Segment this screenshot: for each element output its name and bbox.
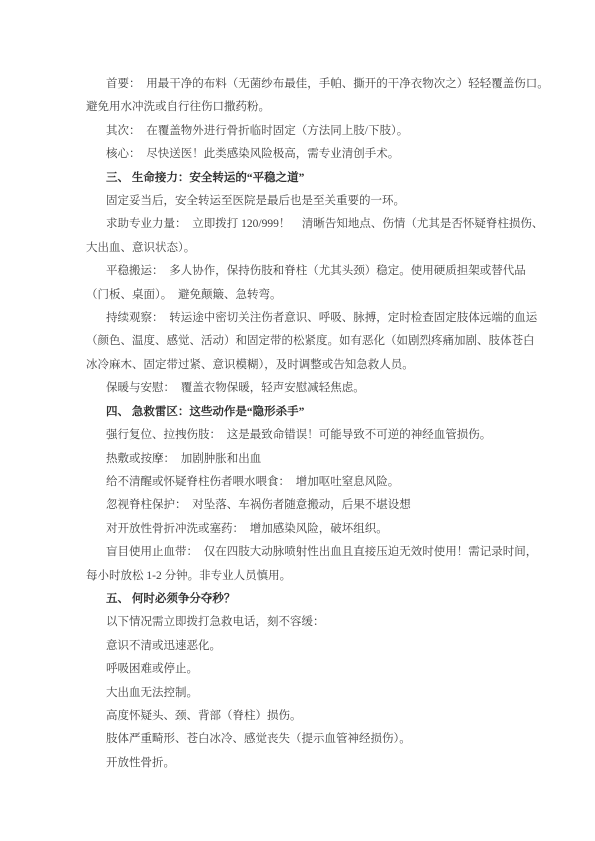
text-line: 核心： 尽快送医！此类感染风险极高，需专业清创手术。 (86, 143, 561, 166)
section-heading: 三、 生命接力：安全转运的“平稳之道” (86, 167, 561, 190)
text-line: 肢体严重畸形、苍白冰冷、感觉丧失（提示血管神经损伤）。 (86, 728, 561, 751)
text-line: 意识不清或迅速恶化。 (86, 635, 561, 658)
text-line: 求助专业力量： 立即拨打 120/999！ 清晰告知地点、伤情（尤其是否怀疑脊柱… (86, 213, 561, 236)
text-line: 强行复位、拉拽伤肢： 这是最致命错误！可能导致不可逆的神经血管损伤。 (86, 424, 561, 447)
document-body: 首要： 用最干净的布料（无菌纱布最佳，手帕、撕开的干净衣物次之）轻轻覆盖伤口。避… (86, 73, 561, 775)
text-line: 平稳搬运： 多人协作，保持伤肢和脊柱（尤其头颈）稳定。使用硬质担架或替代品 (86, 260, 561, 283)
text-line: 盲目使用止血带： 仅在四肢大动脉喷射性出血且直接压迫无效时使用！需记录时间， (86, 541, 561, 564)
text-line: 给不清醒或怀疑脊柱伤者喂水喂食： 增加呕吐窒息风险。 (86, 471, 561, 494)
document-page: 首要： 用最干净的布料（无菌纱布最佳，手帕、撕开的干净衣物次之）轻轻覆盖伤口。避… (0, 0, 595, 841)
text-line: （颜色、温度、感觉、活动）和固定带的松紧度。如有恶化（如剧烈疼痛加剧、肢体苍白 (86, 330, 561, 353)
text-line: 大出血无法控制。 (86, 682, 561, 705)
text-line: 首要： 用最干净的布料（无菌纱布最佳，手帕、撕开的干净衣物次之）轻轻覆盖伤口。 (86, 73, 561, 96)
section-heading: 五、 何时必须争分夺秒？ (86, 588, 561, 611)
text-line: 固定妥当后，安全转运至医院是最后也是至关重要的一环。 (86, 190, 561, 213)
text-line: （门板、桌面）。 避免颠簸、急转弯。 (86, 284, 561, 307)
text-line: 冰冷麻木、固定带过紧、意识模糊），及时调整或告知急救人员。 (86, 354, 561, 377)
section-heading: 四、 急救雷区：这些动作是“隐形杀手” (86, 401, 561, 424)
text-line: 呼吸困难或停止。 (86, 658, 561, 681)
text-line: 对开放性骨折冲洗或塞药： 增加感染风险，破坏组织。 (86, 518, 561, 541)
text-line: 忽视脊柱保护： 对坠落、车祸伤者随意搬动，后果不堪设想 (86, 494, 561, 517)
text-line: 大出血、意识状态）。 (86, 237, 561, 260)
text-line: 高度怀疑头、颈、背部（脊柱）损伤。 (86, 705, 561, 728)
text-line: 以下情况需立即拨打急救电话，刻不容缓： (86, 611, 561, 634)
text-line: 保暖与安慰： 覆盖衣物保暖，轻声安慰减轻焦虑。 (86, 377, 561, 400)
text-line: 热敷或按摩： 加剧肿胀和出血 (86, 448, 561, 471)
text-line: 每小时放松 1-2 分钟。非专业人员慎用。 (86, 565, 561, 588)
text-line: 持续观察： 转运途中密切关注伤者意识、呼吸、脉搏，定时检查固定肢体远端的血运 (86, 307, 561, 330)
text-line: 其次： 在覆盖物外进行骨折临时固定（方法同上肢/下肢）。 (86, 120, 561, 143)
text-line: 避免用水冲洗或自行往伤口撒药粉。 (86, 96, 561, 119)
text-line: 开放性骨折。 (86, 752, 561, 775)
